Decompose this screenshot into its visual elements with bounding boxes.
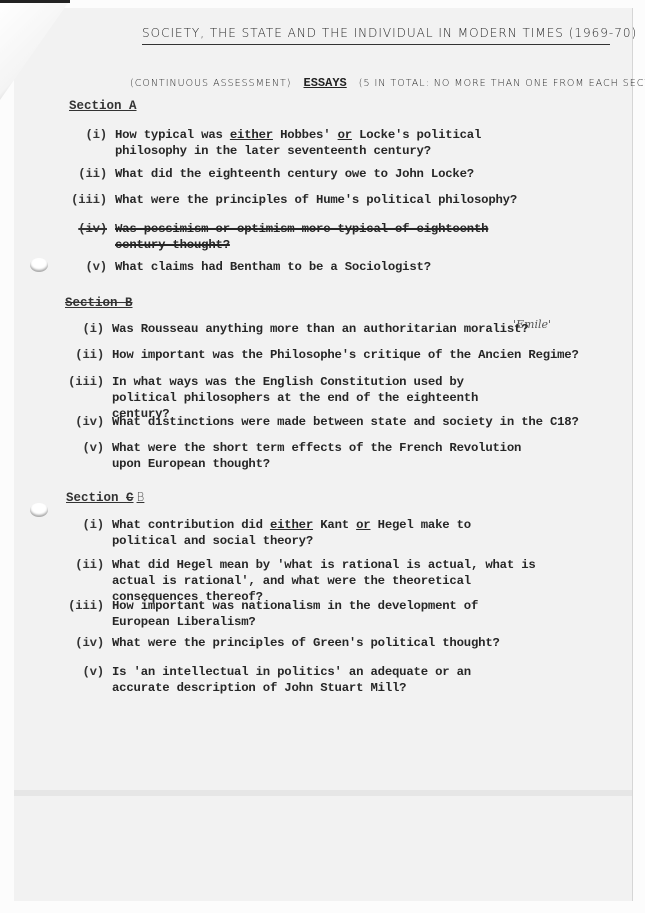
- question-number: (i): [63, 127, 107, 143]
- page-edge: [0, 0, 70, 3]
- document-subtitle: (Continuous Assessment) ESSAYS (5 in tot…: [130, 76, 645, 90]
- section-c-heading: Section CB: [66, 490, 144, 505]
- question-a-4-struck: (iv) Was pessimism or optimism more typi…: [115, 221, 515, 253]
- question-text: Was pessimism or optimism more typical o…: [115, 221, 515, 253]
- document-title: Society, the State and the Individual in…: [142, 26, 610, 45]
- question-text: How important was nationalism in the dev…: [112, 598, 522, 630]
- question-b-1: (i) Was Rousseau anything more than an a…: [112, 321, 552, 337]
- question-number: (iv): [60, 414, 104, 430]
- question-number: (i): [60, 321, 104, 337]
- question-number: (iii): [63, 192, 107, 208]
- section-struck-letter: C: [126, 491, 134, 505]
- question-a-3: (iii) What were the principles of Hume's…: [115, 192, 555, 208]
- question-a-1: (i) How typical was either Hobbes' or Lo…: [115, 127, 555, 159]
- punch-hole-icon: [30, 258, 48, 272]
- question-number: (v): [60, 664, 104, 680]
- question-b-2: (ii) How important was the Philosophe's …: [112, 347, 582, 363]
- section-b-heading-struck: Section B: [65, 296, 133, 310]
- question-text: What were the short term effects of the …: [112, 440, 542, 472]
- question-number: (ii): [63, 166, 107, 182]
- question-b-5: (v) What were the short term effects of …: [112, 440, 542, 472]
- question-b-4: (iv) What distinctions were made between…: [112, 414, 582, 430]
- question-text: What were the principles of Hume's polit…: [115, 192, 555, 208]
- question-number: (ii): [60, 347, 104, 363]
- question-text: What were the principles of Green's poli…: [112, 635, 552, 651]
- question-a-2: (ii) What did the eighteenth century owe…: [115, 166, 555, 182]
- section-handwritten-correction: B: [137, 490, 145, 504]
- question-text: What contribution did either Kant or Heg…: [112, 517, 542, 549]
- question-c-3: (iii) How important was nationalism in t…: [112, 598, 522, 630]
- question-number: (v): [60, 440, 104, 456]
- question-number: (iv): [60, 635, 104, 651]
- subtitle-instructions: (5 in total: no more than one from each …: [359, 78, 645, 89]
- question-text: Is 'an intellectual in politics' an adeq…: [112, 664, 522, 696]
- question-c-5: (v) Is 'an intellectual in politics' an …: [112, 664, 522, 696]
- question-number: (v): [63, 259, 107, 275]
- question-text: What distinctions were made between stat…: [112, 414, 582, 430]
- question-text: How typical was either Hobbes' or Locke'…: [115, 127, 555, 159]
- question-number: (ii): [60, 557, 104, 573]
- question-a-5: (v) What claims had Bentham to be a Soci…: [115, 259, 555, 275]
- question-number: (iii): [60, 598, 104, 614]
- question-number: (i): [60, 517, 104, 533]
- question-text: What claims had Bentham to be a Sociolog…: [115, 259, 555, 275]
- question-text: How important was the Philosophe's criti…: [112, 347, 582, 363]
- section-a-heading: Section A: [69, 99, 137, 113]
- question-number: (iii): [60, 374, 104, 390]
- question-c-4: (iv) What were the principles of Green's…: [112, 635, 552, 651]
- subtitle-assessment: (Continuous Assessment): [130, 78, 292, 89]
- question-number: (iv): [63, 221, 107, 237]
- question-text: What did the eighteenth century owe to J…: [115, 166, 555, 182]
- punch-hole-icon: [30, 503, 48, 517]
- question-c-1: (i) What contribution did either Kant or…: [112, 517, 542, 549]
- section-heading-label: Section: [66, 491, 126, 505]
- subtitle-essays: ESSAYS: [304, 76, 347, 90]
- scan-shadow-band: [14, 790, 632, 796]
- question-text: Was Rousseau anything more than an autho…: [112, 321, 552, 337]
